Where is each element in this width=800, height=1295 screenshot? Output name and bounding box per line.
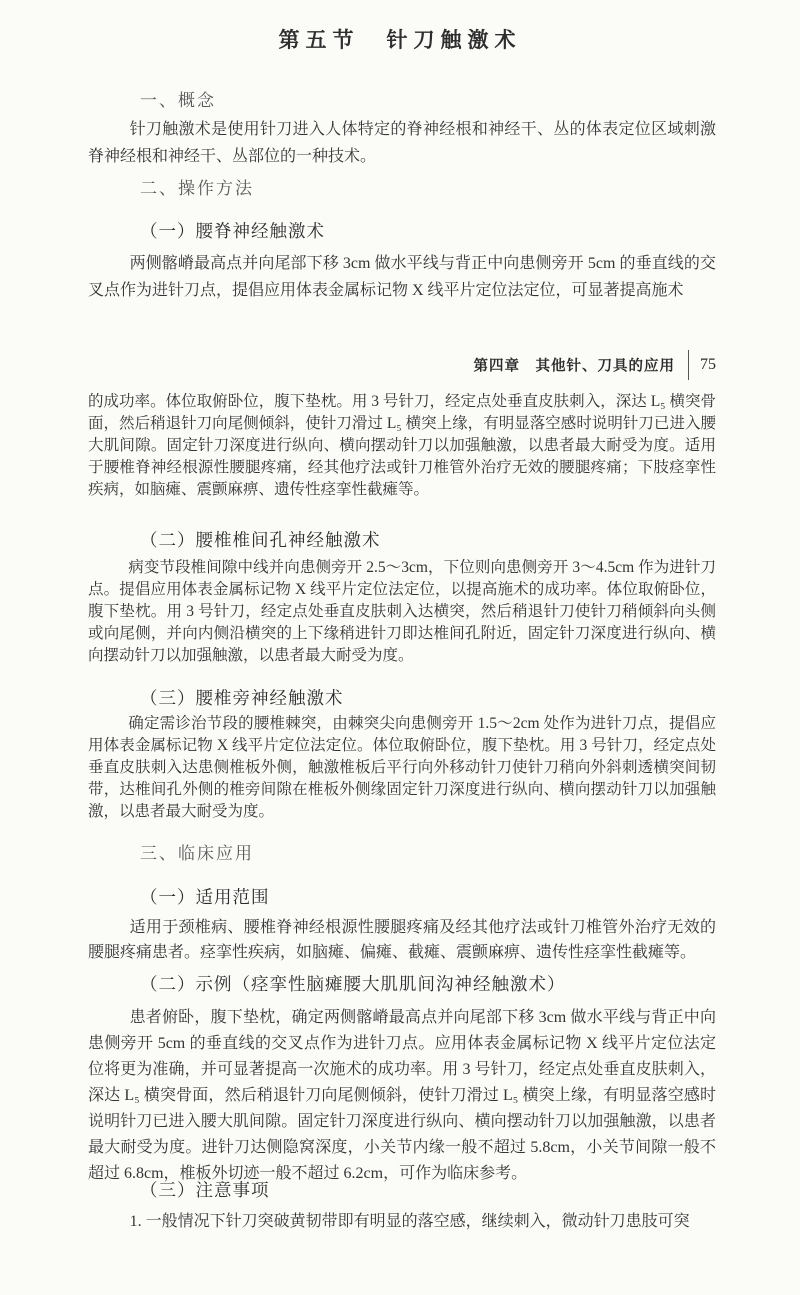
heading-method-1: （一）腰脊神经触激术 xyxy=(88,218,768,243)
heading-concept: 一、概念 xyxy=(88,86,768,111)
paragraph-concept: 针刀触激术是使用针刀进入人体特定的脊神经根和神经干、丛的体表定位区域刺激脊神经根… xyxy=(88,116,716,170)
paragraph-method-2: 病变节段椎间隙中线并向患侧旁开 2.5～3cm，下位则向患侧旁开 3～4.5cm… xyxy=(88,557,716,667)
paragraph-method-1-continued: 的成功率。体位取俯卧位，腹下垫枕。用 3 号针刀，经定点处垂直皮肤刺入，深达 L… xyxy=(88,391,716,501)
page-number: 75 xyxy=(700,356,716,373)
section-title: 第五节 针刀触激术 xyxy=(0,24,800,54)
heading-clinical-2: （二）示例（痉挛性脑瘫腰大肌肌间沟神经触激术） xyxy=(88,971,768,996)
heading-clinical-1: （一）适用范围 xyxy=(88,884,768,909)
paragraph-note-1: 1. 一般情况下针刀突破黄韧带即有明显的落空感，继续刺入，微动针刀患肢可突 xyxy=(88,1209,716,1235)
header-divider-line xyxy=(688,350,689,380)
heading-clinical-application: 三、临床应用 xyxy=(88,839,768,864)
document-page: 第五节 针刀触激术 一、概念 针刀触激术是使用针刀进入人体特定的脊神经根和神经干… xyxy=(0,0,800,1295)
paragraph-method-3: 确定需诊治节段的腰椎棘突，由棘突尖向患侧旁开 1.5～2cm 处作为进针刀点，提… xyxy=(88,713,716,823)
heading-method-2: （二）腰椎椎间孔神经触激术 xyxy=(88,527,768,552)
heading-operation-method: 二、操作方法 xyxy=(88,174,768,199)
chapter-title: 第四章 其他针、刀具的应用 xyxy=(474,359,676,375)
running-header: 第四章 其他针、刀具的应用75 xyxy=(88,350,716,380)
paragraph-clinical-1: 适用于颈椎病、腰椎脊神经根源性腰腿疼痛及经其他疗法或针刀椎管外治疗无效的腰腿疼痛… xyxy=(88,915,716,965)
paragraph-method-1: 两侧髂嵴最高点并向尾部下移 3cm 做水平线与背正中向患侧旁开 5cm 的垂直线… xyxy=(88,250,716,304)
paragraph-clinical-2: 患者俯卧，腹下垫枕，确定两侧髂嵴最高点并向尾部下移 3cm 做水平线与背正中向患… xyxy=(88,1005,716,1187)
heading-clinical-3: （三）注意事项 xyxy=(88,1177,768,1202)
heading-method-3: （三）腰椎旁神经触激术 xyxy=(88,685,768,710)
